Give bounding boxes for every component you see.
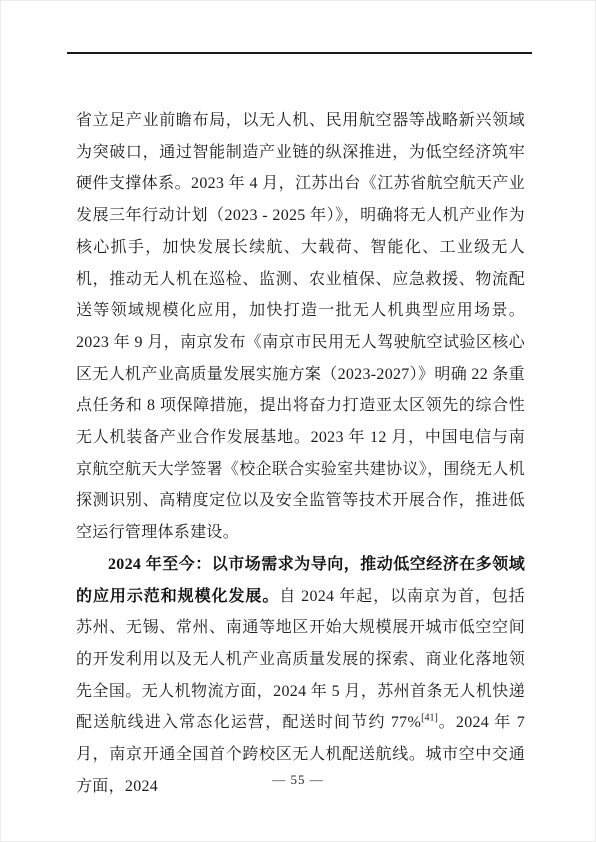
paragraph-2024-text: 自 2024 年起，以南京为首，包括苏州、无锡、常州、南通等地区开始大规模展开城…: [76, 588, 525, 732]
document-page: 省立足产业前瞻布局，以无人机、民用航空器等战略新兴领域为突破口，通过智能制造产业…: [0, 0, 596, 842]
page-body: 省立足产业前瞻布局，以无人机、民用航空器等战略新兴领域为突破口，通过智能制造产业…: [76, 105, 525, 802]
citation-ref-41: [41]: [421, 713, 438, 724]
paragraph-continuation: 省立足产业前瞻布局，以无人机、民用航空器等战略新兴领域为突破口，通过智能制造产业…: [76, 105, 525, 549]
page-number: — 55 —: [1, 772, 595, 788]
header-rule: [67, 52, 532, 54]
paragraph-2024: 2024 年至今：以市场需求为导向，推动低空经济在多领域的应用示范和规模化发展。…: [76, 549, 525, 803]
